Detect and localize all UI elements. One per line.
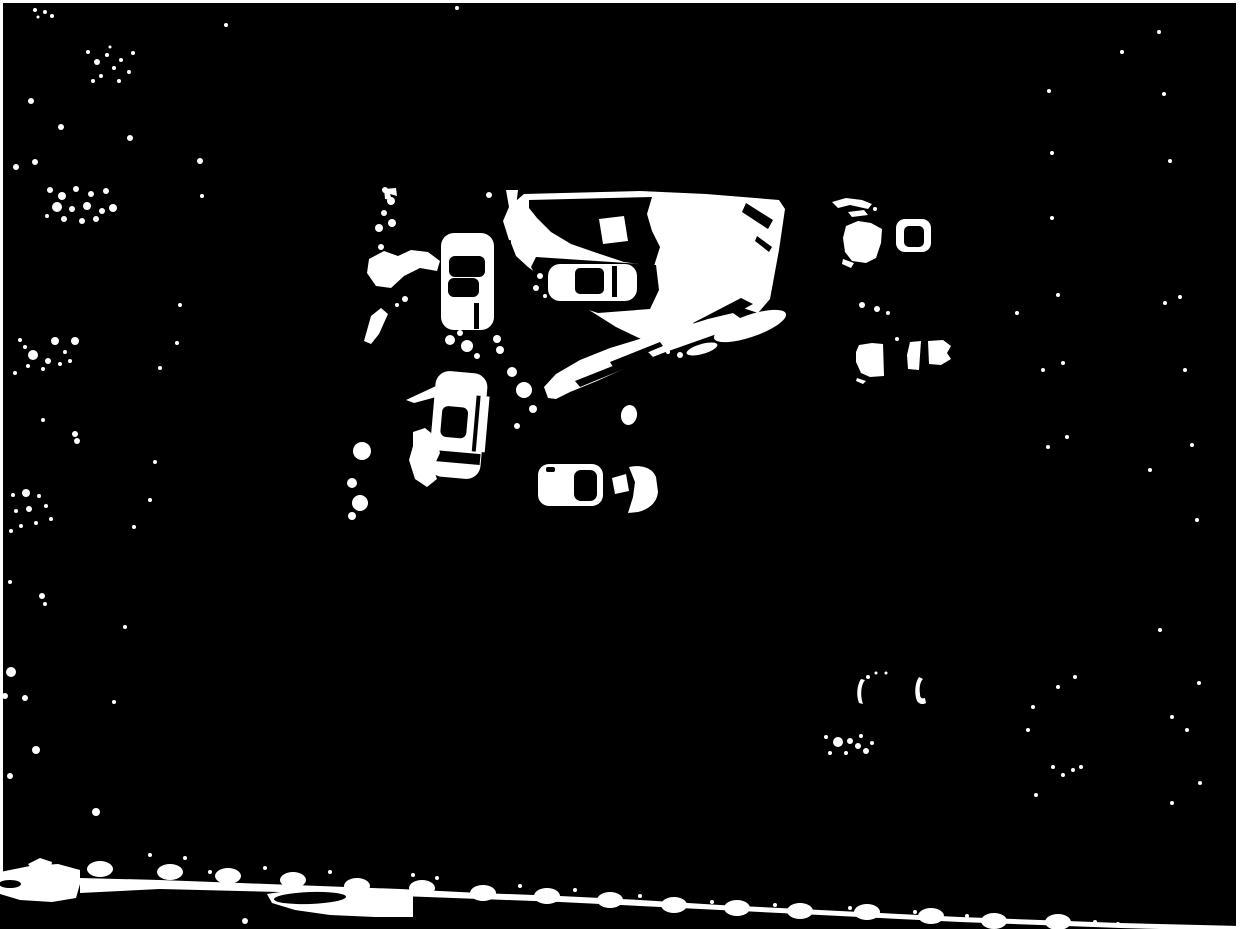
car2-pillar-gap — [612, 266, 617, 297]
noise-speck — [395, 303, 399, 307]
noise-speck — [72, 431, 78, 437]
noise-speck — [32, 159, 38, 165]
noise-speck — [158, 366, 162, 370]
noise-speck — [109, 204, 117, 212]
noise-speck — [866, 675, 870, 679]
noise-speck — [92, 808, 100, 816]
noise-speck — [1183, 368, 1187, 372]
noise-speck — [119, 58, 123, 62]
noise-speck — [58, 362, 62, 366]
noise-speck — [1120, 50, 1124, 54]
noise-speck — [913, 910, 917, 914]
noise-speck — [83, 202, 91, 210]
noise-speck — [529, 405, 537, 413]
noise-speck — [93, 216, 99, 222]
noise-speck — [50, 14, 54, 18]
noise-speck — [208, 870, 212, 874]
noise-speck — [175, 341, 179, 345]
noise-speck — [875, 672, 878, 675]
noise-speck — [263, 866, 267, 870]
noise-speck — [47, 187, 53, 193]
street-bush — [470, 885, 496, 901]
noise-speck — [516, 382, 532, 398]
street-bush — [724, 900, 750, 916]
noise-speck — [402, 296, 408, 302]
noise-speck — [71, 337, 79, 345]
street-bush — [157, 864, 183, 880]
noise-speck — [52, 202, 62, 212]
noise-speck — [1051, 765, 1055, 769]
noise-speck — [1050, 216, 1054, 220]
noise-speck — [68, 359, 72, 363]
noise-speck — [99, 74, 103, 78]
noise-speck — [94, 59, 100, 65]
noise-speck — [507, 367, 517, 377]
street-bush — [280, 872, 306, 888]
noise-speck — [1178, 295, 1182, 299]
noise-speck — [537, 273, 543, 279]
noise-speck — [1163, 301, 1167, 305]
street-bush — [215, 868, 241, 884]
street-bush — [597, 892, 623, 908]
noise-speck — [22, 489, 30, 497]
noise-speck — [44, 504, 48, 508]
noise-speck — [58, 192, 66, 200]
noise-speck — [123, 625, 127, 629]
noise-speck — [885, 672, 888, 675]
noise-speck — [2, 693, 8, 699]
noise-speck — [73, 186, 79, 192]
noise-speck — [43, 602, 47, 606]
street-band-notch — [0, 880, 21, 888]
noise-speck — [183, 856, 187, 860]
noise-speck — [710, 900, 714, 904]
noise-speck — [37, 16, 40, 19]
car4-mirror-mark — [546, 467, 555, 472]
noise-speck — [1046, 445, 1050, 449]
noise-speck — [200, 194, 204, 198]
noise-speck — [1162, 92, 1166, 96]
noise-speck — [848, 906, 852, 910]
noise-speck — [1041, 368, 1045, 372]
noise-speck — [1168, 159, 1172, 163]
noise-speck — [51, 337, 59, 345]
noise-speck — [474, 353, 480, 359]
mask-background — [0, 0, 1240, 929]
noise-speck — [1170, 715, 1174, 719]
noise-speck — [1093, 920, 1097, 924]
noise-speck — [1158, 628, 1162, 632]
noise-speck — [844, 751, 848, 755]
noise-speck — [45, 214, 49, 218]
noise-speck — [348, 512, 356, 520]
noise-speck — [375, 224, 383, 232]
noise-speck — [86, 50, 90, 54]
noise-speck — [33, 8, 37, 12]
noise-speck — [58, 124, 64, 130]
noise-speck — [677, 352, 683, 358]
noise-speck — [1047, 89, 1051, 93]
noise-speck — [847, 738, 853, 744]
noise-speck — [496, 346, 504, 354]
noise-speck — [117, 79, 121, 83]
noise-speck — [79, 218, 85, 224]
border-top — [0, 0, 1240, 3]
car5-hood — [843, 221, 882, 263]
noise-speck — [14, 509, 18, 513]
noise-speck — [1116, 922, 1120, 926]
noise-speck — [1148, 468, 1152, 472]
noise-speck — [773, 903, 777, 907]
noise-speck — [1061, 361, 1065, 365]
noise-speck — [1170, 801, 1174, 805]
noise-speck — [127, 70, 131, 74]
car1-door-line — [474, 303, 479, 329]
car5-roof-ring-hole — [904, 226, 924, 247]
noise-speck — [638, 894, 642, 898]
noise-speck — [514, 423, 520, 429]
noise-speck — [132, 525, 136, 529]
noise-speck — [34, 521, 38, 525]
noise-speck — [23, 345, 27, 349]
noise-speck — [28, 350, 38, 360]
noise-speck — [347, 478, 357, 488]
noise-speck — [99, 208, 105, 214]
noise-speck — [1198, 781, 1202, 785]
noise-speck — [493, 335, 501, 343]
noise-speck — [1185, 728, 1189, 732]
noise-speck — [74, 438, 80, 444]
noise-speck — [1056, 685, 1060, 689]
noise-speck — [1079, 765, 1083, 769]
noise-speck — [965, 914, 969, 918]
noise-speck — [6, 667, 16, 677]
car2-window — [575, 268, 604, 294]
street-bush — [918, 908, 944, 924]
noise-speck — [573, 888, 577, 892]
noise-speck — [353, 442, 371, 460]
noise-speck — [8, 580, 12, 584]
noise-speck — [63, 350, 67, 354]
noise-speck — [1065, 435, 1069, 439]
noise-speck — [388, 219, 396, 227]
noise-speck — [855, 743, 861, 749]
noise-speck — [32, 746, 40, 754]
noise-speck — [859, 734, 863, 738]
noise-speck — [874, 306, 880, 312]
street-bush — [344, 878, 370, 894]
noise-speck — [387, 197, 395, 205]
border-right — [1236, 0, 1240, 929]
noise-speck — [131, 51, 135, 55]
noise-speck — [148, 498, 152, 502]
noise-speck — [382, 187, 388, 193]
screenshot-canvas — [0, 0, 1240, 929]
noise-speck — [455, 6, 459, 10]
noise-speck — [445, 335, 455, 345]
noise-speck — [1197, 681, 1201, 685]
noise-speck — [1061, 773, 1065, 777]
street-bush — [661, 897, 687, 913]
noise-speck — [91, 79, 95, 83]
noise-speck — [69, 206, 75, 212]
noise-speck — [28, 98, 34, 104]
noise-speck — [19, 524, 23, 528]
noise-speck — [895, 337, 899, 341]
noise-speck — [105, 53, 109, 57]
noise-speck — [1031, 705, 1035, 709]
noise-speck — [1157, 30, 1161, 34]
noise-speck — [328, 870, 332, 874]
noise-speck — [45, 358, 51, 364]
noise-speck — [352, 495, 368, 511]
street-bush — [87, 861, 113, 877]
noise-speck — [378, 244, 384, 250]
noise-speck — [461, 340, 473, 352]
street-bush — [787, 903, 813, 919]
thresholded-aerial-image — [0, 0, 1240, 929]
noise-speck — [43, 10, 47, 14]
noise-speck — [22, 695, 28, 701]
noise-speck — [109, 46, 112, 49]
noise-speck — [13, 371, 17, 375]
noise-speck — [828, 751, 832, 755]
noise-speck — [411, 873, 415, 877]
noise-speck — [486, 192, 492, 198]
noise-speck — [148, 853, 152, 857]
noise-speck — [1056, 293, 1060, 297]
noise-speck — [1190, 443, 1194, 447]
noise-speck — [863, 748, 869, 754]
noise-speck — [1195, 518, 1199, 522]
noise-speck — [1015, 311, 1019, 315]
noise-speck — [61, 216, 67, 222]
noise-speck — [1026, 728, 1030, 732]
car1-windshield — [449, 256, 485, 277]
noise-speck — [127, 135, 133, 141]
noise-speck — [870, 741, 874, 745]
noise-speck — [39, 593, 45, 599]
noise-speck — [1073, 675, 1077, 679]
noise-speck — [41, 418, 45, 422]
noise-speck — [457, 330, 463, 336]
noise-speck — [112, 66, 116, 70]
noise-speck — [886, 311, 890, 315]
noise-speck — [7, 773, 13, 779]
noise-speck — [833, 737, 843, 747]
noise-speck — [178, 303, 182, 307]
noise-speck — [41, 367, 45, 371]
noise-speck — [26, 506, 32, 512]
noise-speck — [543, 294, 547, 298]
street-bush — [854, 904, 880, 920]
car1-side-window — [448, 278, 479, 297]
noise-speck — [1034, 793, 1038, 797]
skylight — [599, 216, 628, 244]
noise-speck — [49, 517, 53, 521]
noise-speck — [666, 350, 670, 354]
noise-speck — [435, 876, 439, 880]
noise-speck — [9, 529, 13, 533]
noise-speck — [103, 188, 109, 194]
noise-speck — [1071, 768, 1075, 772]
noise-speck — [26, 364, 30, 368]
noise-speck — [112, 700, 116, 704]
noise-speck — [242, 918, 248, 924]
noise-speck — [13, 164, 19, 170]
noise-speck — [197, 158, 203, 164]
car4-window — [574, 470, 597, 501]
street-bush — [409, 880, 435, 896]
noise-speck — [224, 23, 228, 27]
street-bush — [981, 913, 1007, 929]
noise-speck — [533, 285, 539, 291]
car3-window — [440, 406, 469, 439]
noise-speck — [518, 884, 522, 888]
noise-speck — [11, 493, 15, 497]
noise-speck — [873, 207, 877, 211]
noise-speck — [37, 494, 41, 498]
noise-speck — [824, 735, 828, 739]
noise-speck — [859, 302, 865, 308]
noise-speck — [153, 460, 157, 464]
noise-speck — [1050, 151, 1054, 155]
street-bush — [534, 888, 560, 904]
noise-speck — [381, 210, 387, 216]
noise-speck — [18, 338, 22, 342]
border-left — [0, 0, 3, 880]
noise-speck — [88, 191, 94, 197]
